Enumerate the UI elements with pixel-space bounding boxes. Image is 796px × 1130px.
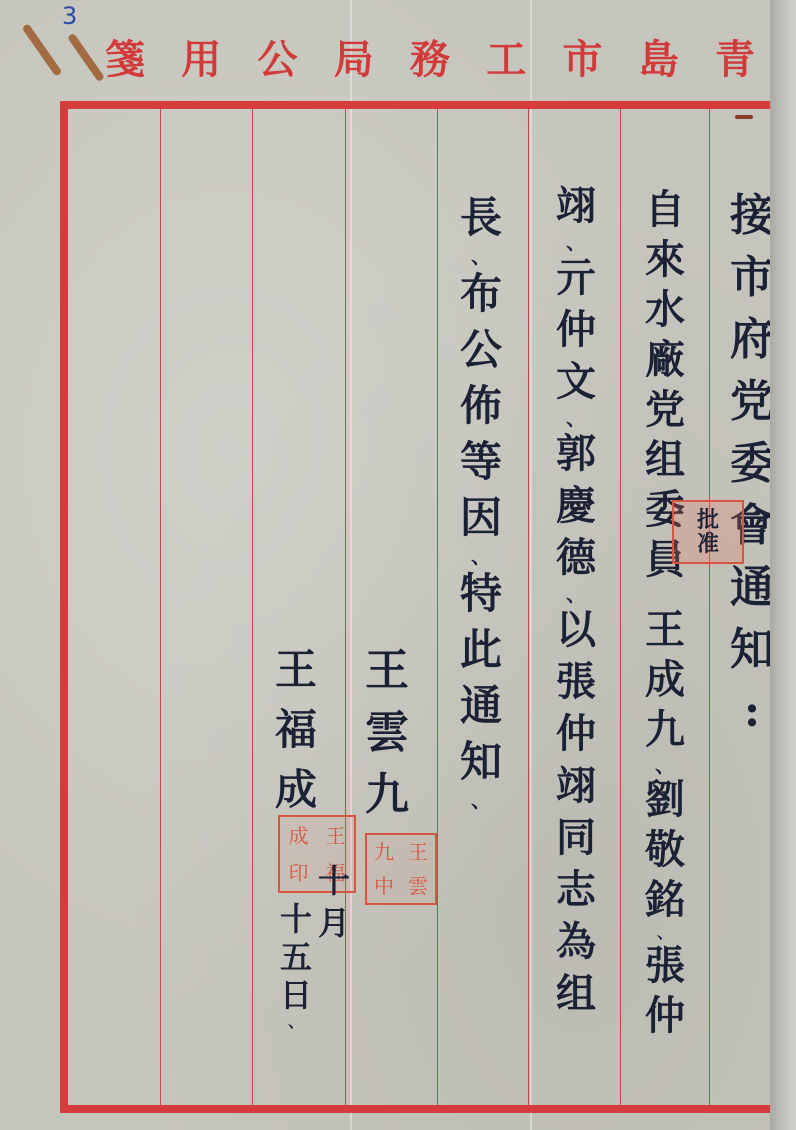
frame-border-bottom bbox=[60, 1105, 772, 1113]
frame-border-left bbox=[60, 101, 68, 1113]
page-number-mark: 3 bbox=[62, 2, 77, 30]
column-rule bbox=[528, 109, 529, 1105]
letterhead-char: 工 bbox=[481, 40, 531, 80]
frame-border-top bbox=[60, 101, 772, 109]
letterhead-char: 公 bbox=[253, 40, 303, 80]
text-column-4: 長 、 布 公 佈 等 因 、 特 此 通 知 、 bbox=[460, 190, 502, 810]
text-column-2: 自 來 水 廠 党 组 委 員 王 成 九 、 劉 敬 銘 、 張 仲 bbox=[645, 185, 685, 1041]
approval-stamp: 批 准 bbox=[672, 500, 744, 564]
letterhead-char: 局 bbox=[329, 40, 379, 80]
letterhead-char: 箋 bbox=[100, 40, 150, 80]
signature-wang-yunjiu: 王 雲 九 bbox=[365, 640, 409, 826]
column-rule bbox=[345, 109, 346, 1105]
letterhead-title: 青 島 市 工 務 局 公 用 箋 bbox=[100, 30, 760, 90]
ink-mark bbox=[735, 115, 753, 119]
column-rule bbox=[709, 109, 710, 1105]
letterhead-char: 青 bbox=[710, 40, 760, 80]
signature-wang-fucheng: 王 福 成 bbox=[275, 640, 317, 820]
paper-sheet: 3 青 島 市 工 務 局 公 用 箋 接 市 府 党 委 會 通 知 : 自 … bbox=[0, 0, 772, 1130]
date-month: 十 月 bbox=[318, 860, 350, 944]
letterhead-char: 用 bbox=[176, 40, 226, 80]
letterhead-char: 務 bbox=[405, 40, 455, 80]
column-rule bbox=[437, 109, 438, 1105]
column-rule bbox=[620, 109, 621, 1105]
paper-fold bbox=[350, 0, 352, 1130]
text-column-3: 翊 、 亓 仲 文 、 郭 慶 德 、 以 張 仲 翊 同 志 為 组 bbox=[556, 180, 596, 1020]
letterhead-char: 市 bbox=[558, 40, 608, 80]
paper-edge-shadow bbox=[770, 0, 796, 1130]
date-day: 十 五 日 、 bbox=[280, 900, 312, 1030]
seal-wang-yunjiu: 九 王 中 雲 bbox=[365, 833, 437, 905]
column-rule bbox=[252, 109, 253, 1105]
letterhead-char: 島 bbox=[634, 40, 684, 80]
column-rule bbox=[160, 109, 161, 1105]
text-column-1: 接 市 府 党 委 會 通 知 : bbox=[730, 185, 774, 743]
rust-stain bbox=[22, 23, 63, 77]
paper-fold bbox=[530, 0, 532, 1130]
